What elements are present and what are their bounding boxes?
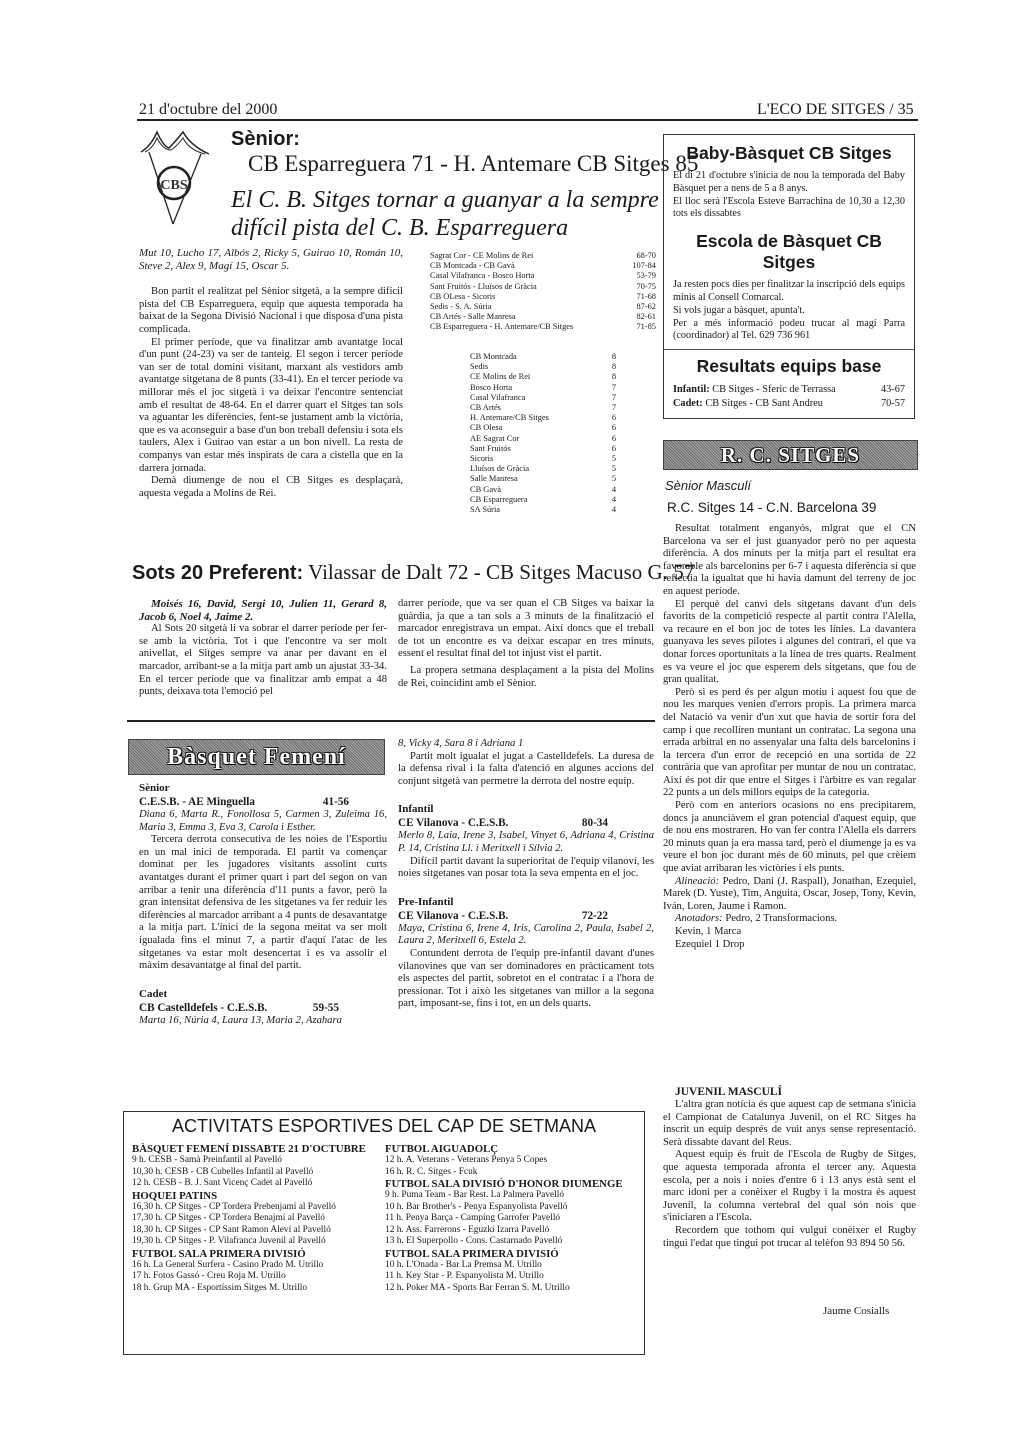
result-row: CB Artés - Salle Manresa82-61 xyxy=(430,312,656,322)
standing-row: H. Antemare/CB Sitges6 xyxy=(470,413,616,423)
baby-basquet-title: Baby-Bàsquet CB Sitges xyxy=(673,143,905,164)
escola-basquet-title: Escola de Bàsquet CB Sitges xyxy=(673,231,905,273)
publication-page-label: L'ECO DE SITGES / 35 xyxy=(757,101,914,119)
rc-article-body: Resultat totalment enganyós, mlgrat que … xyxy=(663,523,916,951)
standing-row: CE Molins de Rei8 xyxy=(470,372,616,382)
basquet-femeni-banner: Bàsquet Femení xyxy=(128,739,385,775)
senior-paragraph: Bon partit el realitzat pel Sènior sitge… xyxy=(139,286,403,336)
basquet-femeni-column-2: 8, Vicky 4, Sara 8 i Adriana 1 Partit mo… xyxy=(398,738,654,1011)
standing-row: CB Montcada8 xyxy=(470,352,616,362)
femeni-infantil-match: CE Vilanova - C.E.S.B.80-34 xyxy=(398,816,608,830)
cb-sitges-info-box: Baby-Bàsquet CB Sitges El di 21 d'octubr… xyxy=(663,134,915,419)
femeni-cadet-match: CB Castelldefels - C.E.S.B.59-55 xyxy=(139,1001,339,1015)
result-row: Sedis - S. A. Súria87-62 xyxy=(430,302,656,312)
sots20-column-2: darrer període, que va ser quan el CB Si… xyxy=(398,598,654,690)
juvenil-title: JUVENIL MASCULÍ xyxy=(663,1085,916,1099)
activitats-column-2: FUTBOL AIGUADOLÇ 12 h. A. Veterans - Vet… xyxy=(385,1143,640,1294)
base-result-row: Cadet: CB Sitges - CB Sant Andreu 70-57 xyxy=(673,397,905,411)
standing-row: CB Olesa6 xyxy=(470,423,616,433)
basquet-femeni-column-1: Sènior C.E.S.B. - AE Minguella41-56 Dian… xyxy=(139,781,387,1027)
activitats-column-1: BÀSQUET FEMENÍ DISSABTE 21 D'OCTUBRE 9 h… xyxy=(132,1143,382,1294)
page-date: 21 d'octubre del 2000 xyxy=(139,101,277,119)
femeni-preinfantil-match: CE Vilanova - C.E.S.B.72-22 xyxy=(398,909,608,923)
resultats-base-title: Resultats equips base xyxy=(673,356,905,377)
activitats-title: ACTIVITATS ESPORTIVES DEL CAP DE SETMANA xyxy=(124,1116,644,1137)
author-signature: Jaume Cosialls xyxy=(823,1305,889,1317)
league-standings-table: CB Montcada8 Sedis8 CE Molins de Rei8 Bo… xyxy=(470,352,616,515)
result-row: CB Esparreguera - H. Antemare/CB Sitges7… xyxy=(430,322,656,332)
standing-row: Sedis8 xyxy=(470,362,616,372)
escola-basquet-text: Ja resten pocs dies per finalitzar la in… xyxy=(673,279,905,343)
standing-row: Salle Manresa5 xyxy=(470,474,616,484)
base-result-row: Infantil: CB Sitges - Sferic de Terrassa… xyxy=(673,383,905,397)
senior-scorers: Mut 10, Lucho 17, Albós 2, Ricky 5, Guir… xyxy=(139,247,403,272)
standing-row: CB Esparreguera4 xyxy=(470,495,616,505)
senior-article-body: Mut 10, Lucho 17, Albós 2, Ricky 5, Guir… xyxy=(139,247,403,500)
standing-row: Bosco Horta7 xyxy=(470,383,616,393)
header-rule xyxy=(137,119,918,121)
standing-row: Sicoris5 xyxy=(470,454,616,464)
standing-row: Casal Vilafranca7 xyxy=(470,393,616,403)
senior-match-headline: CB Esparreguera 71 - H. Antemare CB Sitg… xyxy=(248,151,698,177)
sots20-headline: Sots 20 Preferent: Vilassar de Dalt 72 -… xyxy=(132,560,694,585)
senior-category-heading: Sènior: xyxy=(231,128,300,151)
result-row: Casal Vilafranca - Bosco Horta53-79 xyxy=(430,271,656,281)
result-row: Sant Fruitós - Lluïsos de Gràcia70-75 xyxy=(430,282,656,292)
standing-row: CB Artés7 xyxy=(470,403,616,413)
rc-sitges-banner: R. C. SITGES xyxy=(663,440,918,470)
sots20-scorers: Moisés 16, David, Sergi 10, Julien 11, G… xyxy=(139,598,387,623)
senior-subheadline: El C. B. Sitges tornar a guanyar a la se… xyxy=(231,186,671,242)
league-results-table: Sagrat Cor - CE Molins de Rei68-70 CB Mo… xyxy=(430,251,656,333)
standing-row: SA Súria4 xyxy=(470,505,616,515)
standing-row: Lluïsos de Gràcia5 xyxy=(470,464,616,474)
senior-paragraph: El primer període, que va finalitzar amb… xyxy=(139,337,403,476)
result-row: CB Montcada - CB Gavà107-84 xyxy=(430,261,656,271)
cb-sitges-logo-icon: CBS xyxy=(139,118,213,230)
rc-match-headline: R.C. Sitges 14 - C.N. Barcelona 39 xyxy=(667,500,876,515)
juvenil-masculi-section: JUVENIL MASCULÍ L'altra gran notícia és … xyxy=(663,1085,916,1250)
svg-text:CBS: CBS xyxy=(160,178,187,193)
result-row: CB OLesa - Sicoris71-68 xyxy=(430,292,656,302)
baby-basquet-text: El di 21 d'octubre s'inicia de nou la te… xyxy=(673,170,905,221)
femeni-senior-match: C.E.S.B. - AE Minguella41-56 xyxy=(139,795,349,809)
section-divider xyxy=(127,720,655,722)
standing-row: AE Sagrat Cor6 xyxy=(470,434,616,444)
rc-category: Sènior Masculí xyxy=(665,478,751,493)
result-row: Sagrat Cor - CE Molins de Rei68-70 xyxy=(430,251,656,261)
activitats-esportives-box: ACTIVITATS ESPORTIVES DEL CAP DE SETMANA… xyxy=(123,1111,645,1355)
sots20-column-1: Moisés 16, David, Sergi 10, Julien 11, G… xyxy=(139,598,387,699)
standing-row: CB Gavà4 xyxy=(470,485,616,495)
standing-row: Sant Fruitós6 xyxy=(470,444,616,454)
senior-paragraph: Demà diumenge de nou el CB Sitges es des… xyxy=(139,475,403,500)
